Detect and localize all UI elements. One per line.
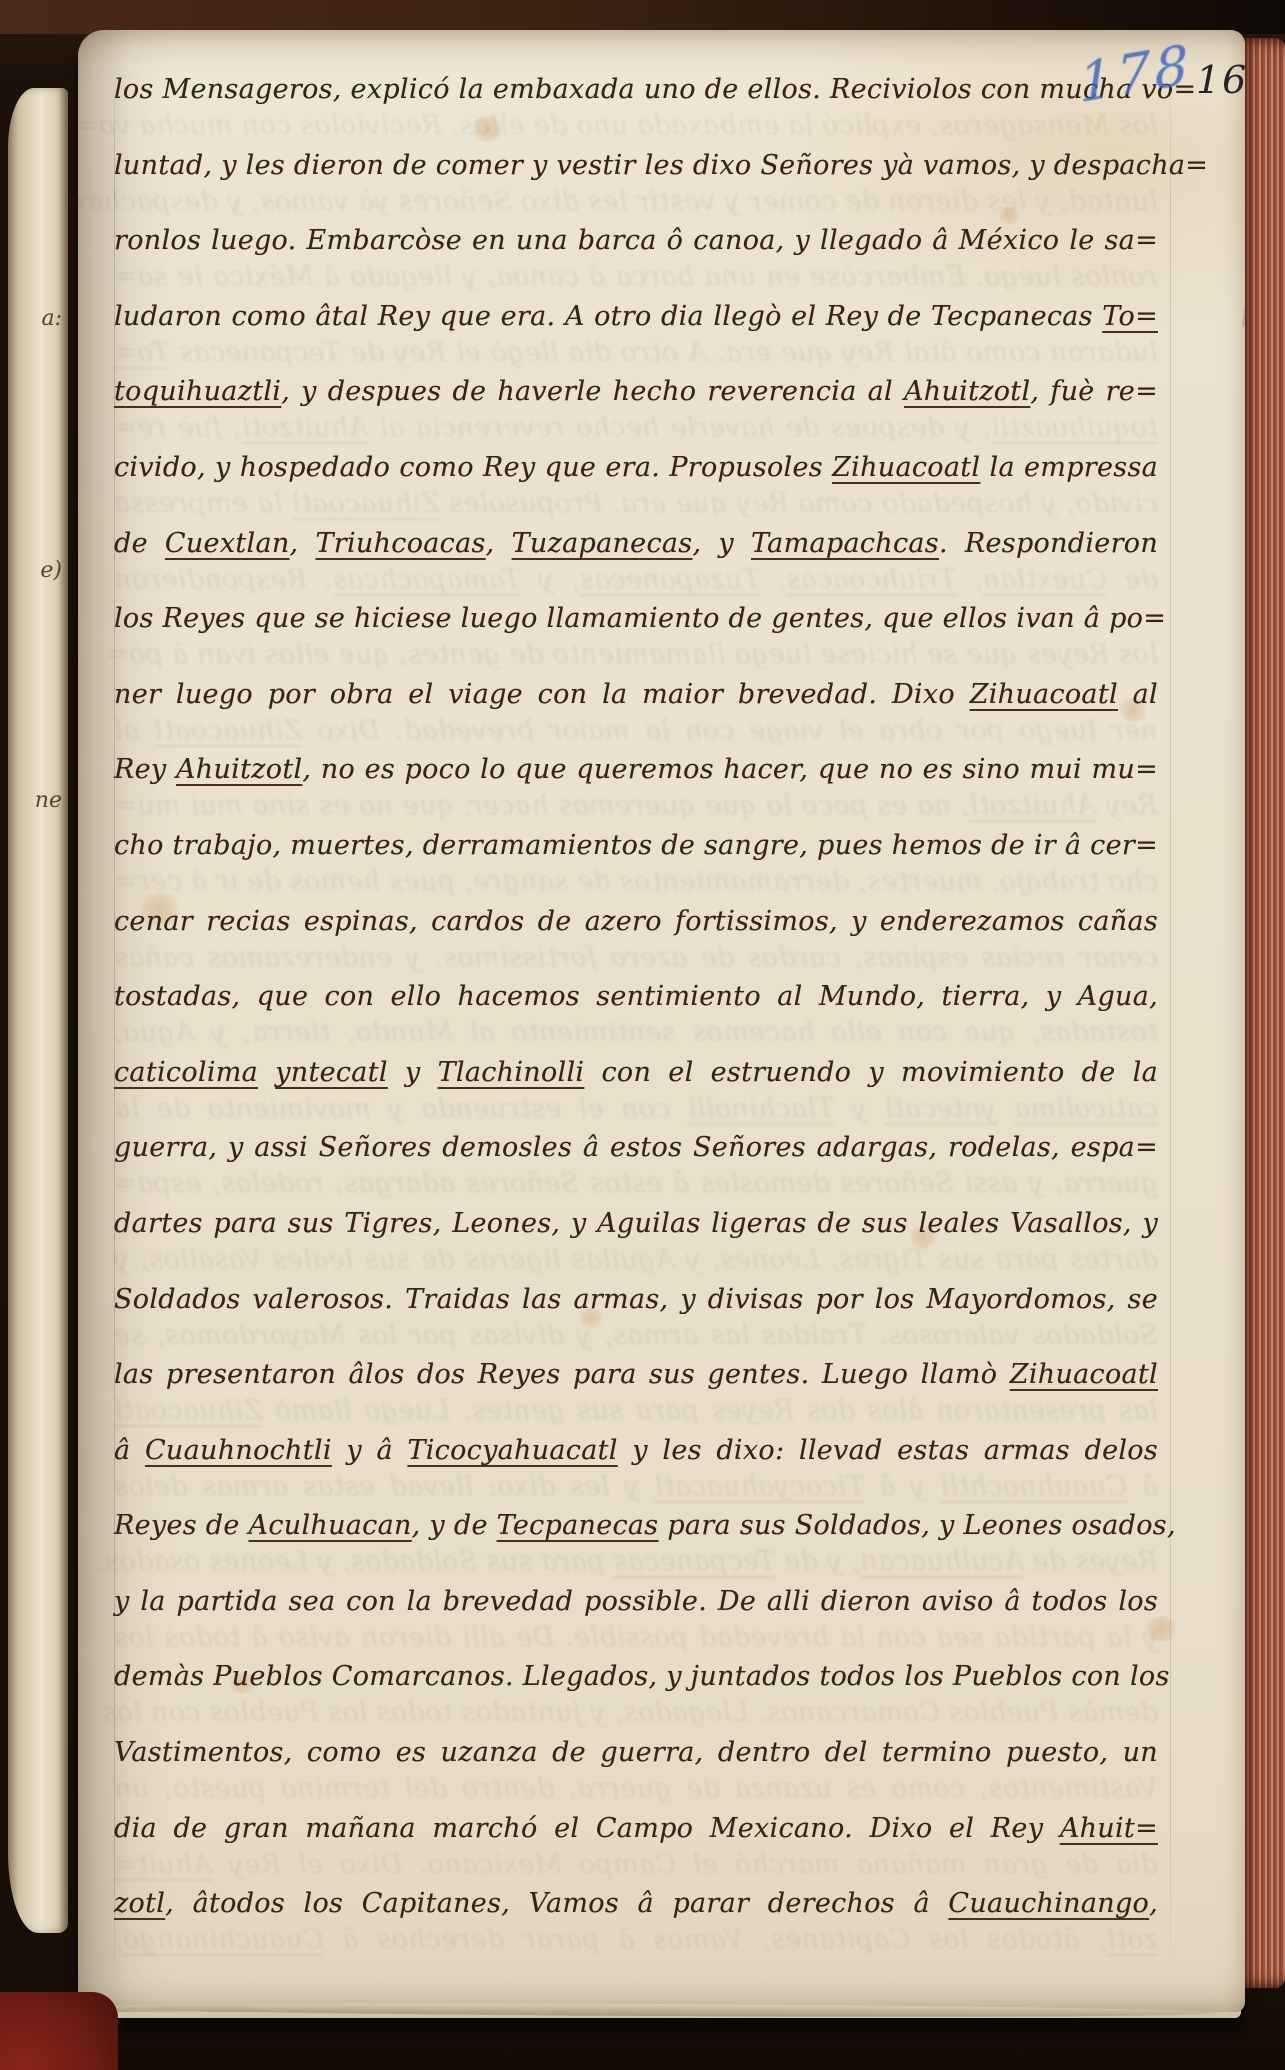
text-line: Rey Ahuitzotl, no es poco lo que queremo…	[114, 732, 1158, 808]
gutter-page-sliver: a:e)ne	[8, 88, 68, 1933]
text-line: Reyes de Aculhuacan, y de Tecpanecas par…	[114, 1488, 1158, 1564]
text-line: toquihuaztli, y despues de haverle hecho…	[114, 354, 1158, 430]
gutter-fragment: e)	[40, 558, 62, 583]
manuscript-page: los Mensageros, explicó la embaxada uno …	[78, 30, 1245, 2012]
text-line: dia de gran mañana marchó el Campo Mexic…	[114, 1791, 1158, 1867]
text-line: guerra, y assi Señores demosles â estos …	[114, 1110, 1158, 1186]
red-cover-corner	[0, 1992, 118, 2070]
text-line: demàs Pueblos Comarcanos. Llegados, y ju…	[114, 1639, 1158, 1715]
text-line: Vastimentos, como es uzanza de guerra, d…	[114, 1715, 1158, 1791]
manuscript-text: los Mensageros, explicó la embaxada uno …	[114, 52, 1158, 1942]
text-line: â Cuauhnochtli y â Ticocyahuacatl y les …	[114, 1413, 1158, 1489]
text-line: dartes para sus Tigres, Leones, y Aguila…	[114, 1186, 1158, 1262]
text-line: los Reyes que se hiciese luego llamamien…	[114, 581, 1158, 657]
marbled-fore-edge	[1245, 38, 1285, 1988]
book-photo: a:e)ne los Mensageros, explicó la embaxa…	[0, 0, 1285, 2070]
binding-top-edge	[0, 0, 1285, 34]
text-line: Soldados valerosos. Traidas las armas, y…	[114, 1262, 1158, 1338]
text-line: cho trabajo, muertes, derramamientos de …	[114, 808, 1158, 884]
text-line: de Cuextlan, Triuhcoacas, Tuzapanecas, y…	[114, 506, 1158, 582]
text-line: luntad, y les dieron de comer y vestir l…	[114, 128, 1158, 204]
text-line: ronlos luego. Embarcòse en una barca ô c…	[114, 203, 1158, 279]
text-line: zotl, âtodos los Capitanes, Vamos â para…	[114, 1866, 1158, 1942]
text-line: civido, y hospedado como Rey que era. Pr…	[114, 430, 1158, 506]
text-line: ludaron como âtal Rey que era. A otro di…	[114, 279, 1158, 355]
gutter-fragment: ne	[35, 788, 62, 813]
text-line: los Mensageros, explicó la embaxada uno …	[114, 52, 1158, 128]
text-line: cenar recias espinas, cardos de azero fo…	[114, 884, 1158, 960]
text-line: ner luego por obra el viage con la maior…	[114, 657, 1158, 733]
text-line: las presentaron âlos dos Reyes para sus …	[114, 1337, 1158, 1413]
text-line: tostadas, que con ello hacemos sentimien…	[114, 959, 1158, 1035]
text-line: y la partida sea con la brevedad possibl…	[114, 1564, 1158, 1640]
text-line: caticolima yntecatl y Tlachinolli con el…	[114, 1035, 1158, 1111]
margin-rule-right	[1170, 58, 1171, 1988]
gutter-fragment: a:	[41, 306, 62, 331]
